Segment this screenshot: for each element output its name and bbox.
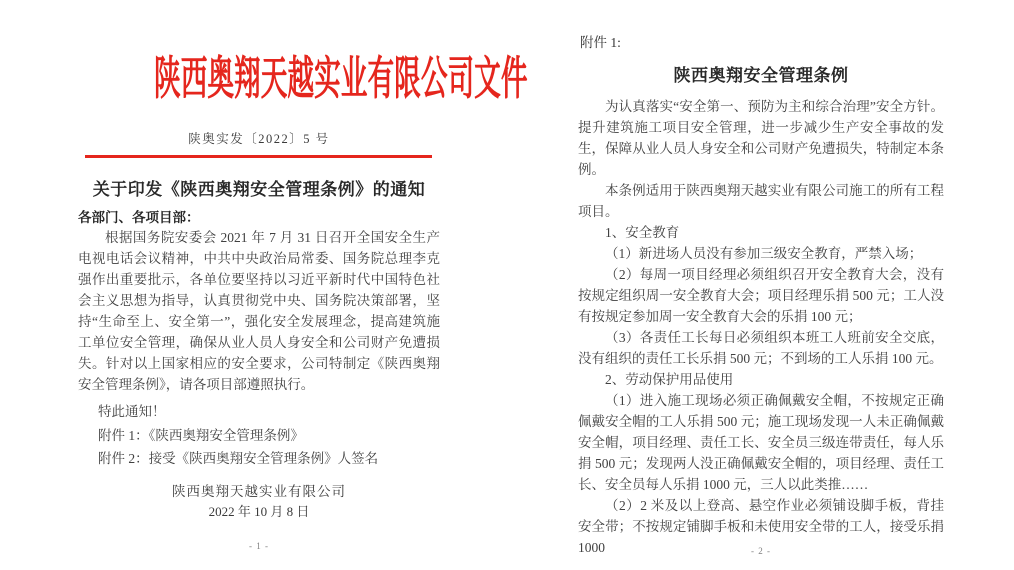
regulation-item: （3）各责任工长每日必须组织本班工人班前安全交底，没有组织的责任工长乐捐 500… — [578, 327, 944, 369]
attachment-2-line: 附件 2：接受《陕西奥翔安全管理条例》人签名 — [78, 447, 440, 471]
notice-body-paragraph: 根据国务院安委会 2021 年 7 月 31 日召开全国安全生产电视电话会议精神… — [78, 227, 440, 395]
doc-number: 陕奥实发〔2022〕5 号 — [78, 129, 440, 147]
page-number-1: - 1 - — [78, 541, 440, 551]
attachment-label: 附件 1: — [580, 31, 621, 51]
regulation-item: （2）每周一项目经理必须组织召开安全教育大会，没有按规定组织周一安全教育大会；项… — [578, 264, 944, 327]
red-divider-line — [85, 155, 432, 158]
regulation-paragraph: 本条例适用于陕西奥翔天越实业有限公司施工的所有工程项目。 — [578, 180, 944, 222]
attachment-1-line: 附件 1：《陕西奥翔安全管理条例》 — [78, 424, 440, 448]
page-1: 陕西奥翔天越实业有限公司文件 陕奥实发〔2022〕5 号 关于印发《陕西奥翔安全… — [78, 0, 440, 570]
page-number-2: - 2 - — [578, 546, 944, 556]
regulation-item: （1）新进场人员没有参加三级安全教育，严禁入场； — [578, 243, 944, 264]
regulation-paragraph: 为认真落实“安全第一、预防为主和综合治理”安全方针。提升建筑施工项目安全管理，进… — [578, 96, 944, 180]
closing-line: 特此通知！ — [78, 400, 440, 424]
regulation-body: 为认真落实“安全第一、预防为主和综合治理”安全方针。提升建筑施工项目安全管理，进… — [578, 96, 944, 558]
red-header-title: 陕西奥翔天越实业有限公司文件 — [154, 52, 364, 104]
regulation-title: 陕西奥翔安全管理条例 — [578, 61, 944, 86]
signature-date: 2022 年 10 月 8 日 — [78, 501, 440, 520]
salutation: 各部门、各项目部： — [78, 206, 200, 226]
regulation-section-heading: 2、劳动保护用品使用 — [578, 369, 944, 390]
page-2: 附件 1: 陕西奥翔安全管理条例 为认真落实“安全第一、预防为主和综合治理”安全… — [578, 0, 944, 570]
notice-title: 关于印发《陕西奥翔安全管理条例》的通知 — [78, 175, 440, 200]
company-signature: 陕西奥翔天越实业有限公司 — [78, 480, 440, 500]
regulation-item: （1）进入施工现场必须正确佩戴安全帽，不按规定正确佩戴安全帽的工人乐捐 500 … — [578, 390, 944, 495]
notice-closing-block: 特此通知！ 附件 1：《陕西奥翔安全管理条例》 附件 2：接受《陕西奥翔安全管理… — [78, 400, 440, 471]
document-canvas: 陕西奥翔天越实业有限公司文件 陕奥实发〔2022〕5 号 关于印发《陕西奥翔安全… — [0, 0, 1014, 570]
regulation-section-heading: 1、安全教育 — [578, 222, 944, 243]
